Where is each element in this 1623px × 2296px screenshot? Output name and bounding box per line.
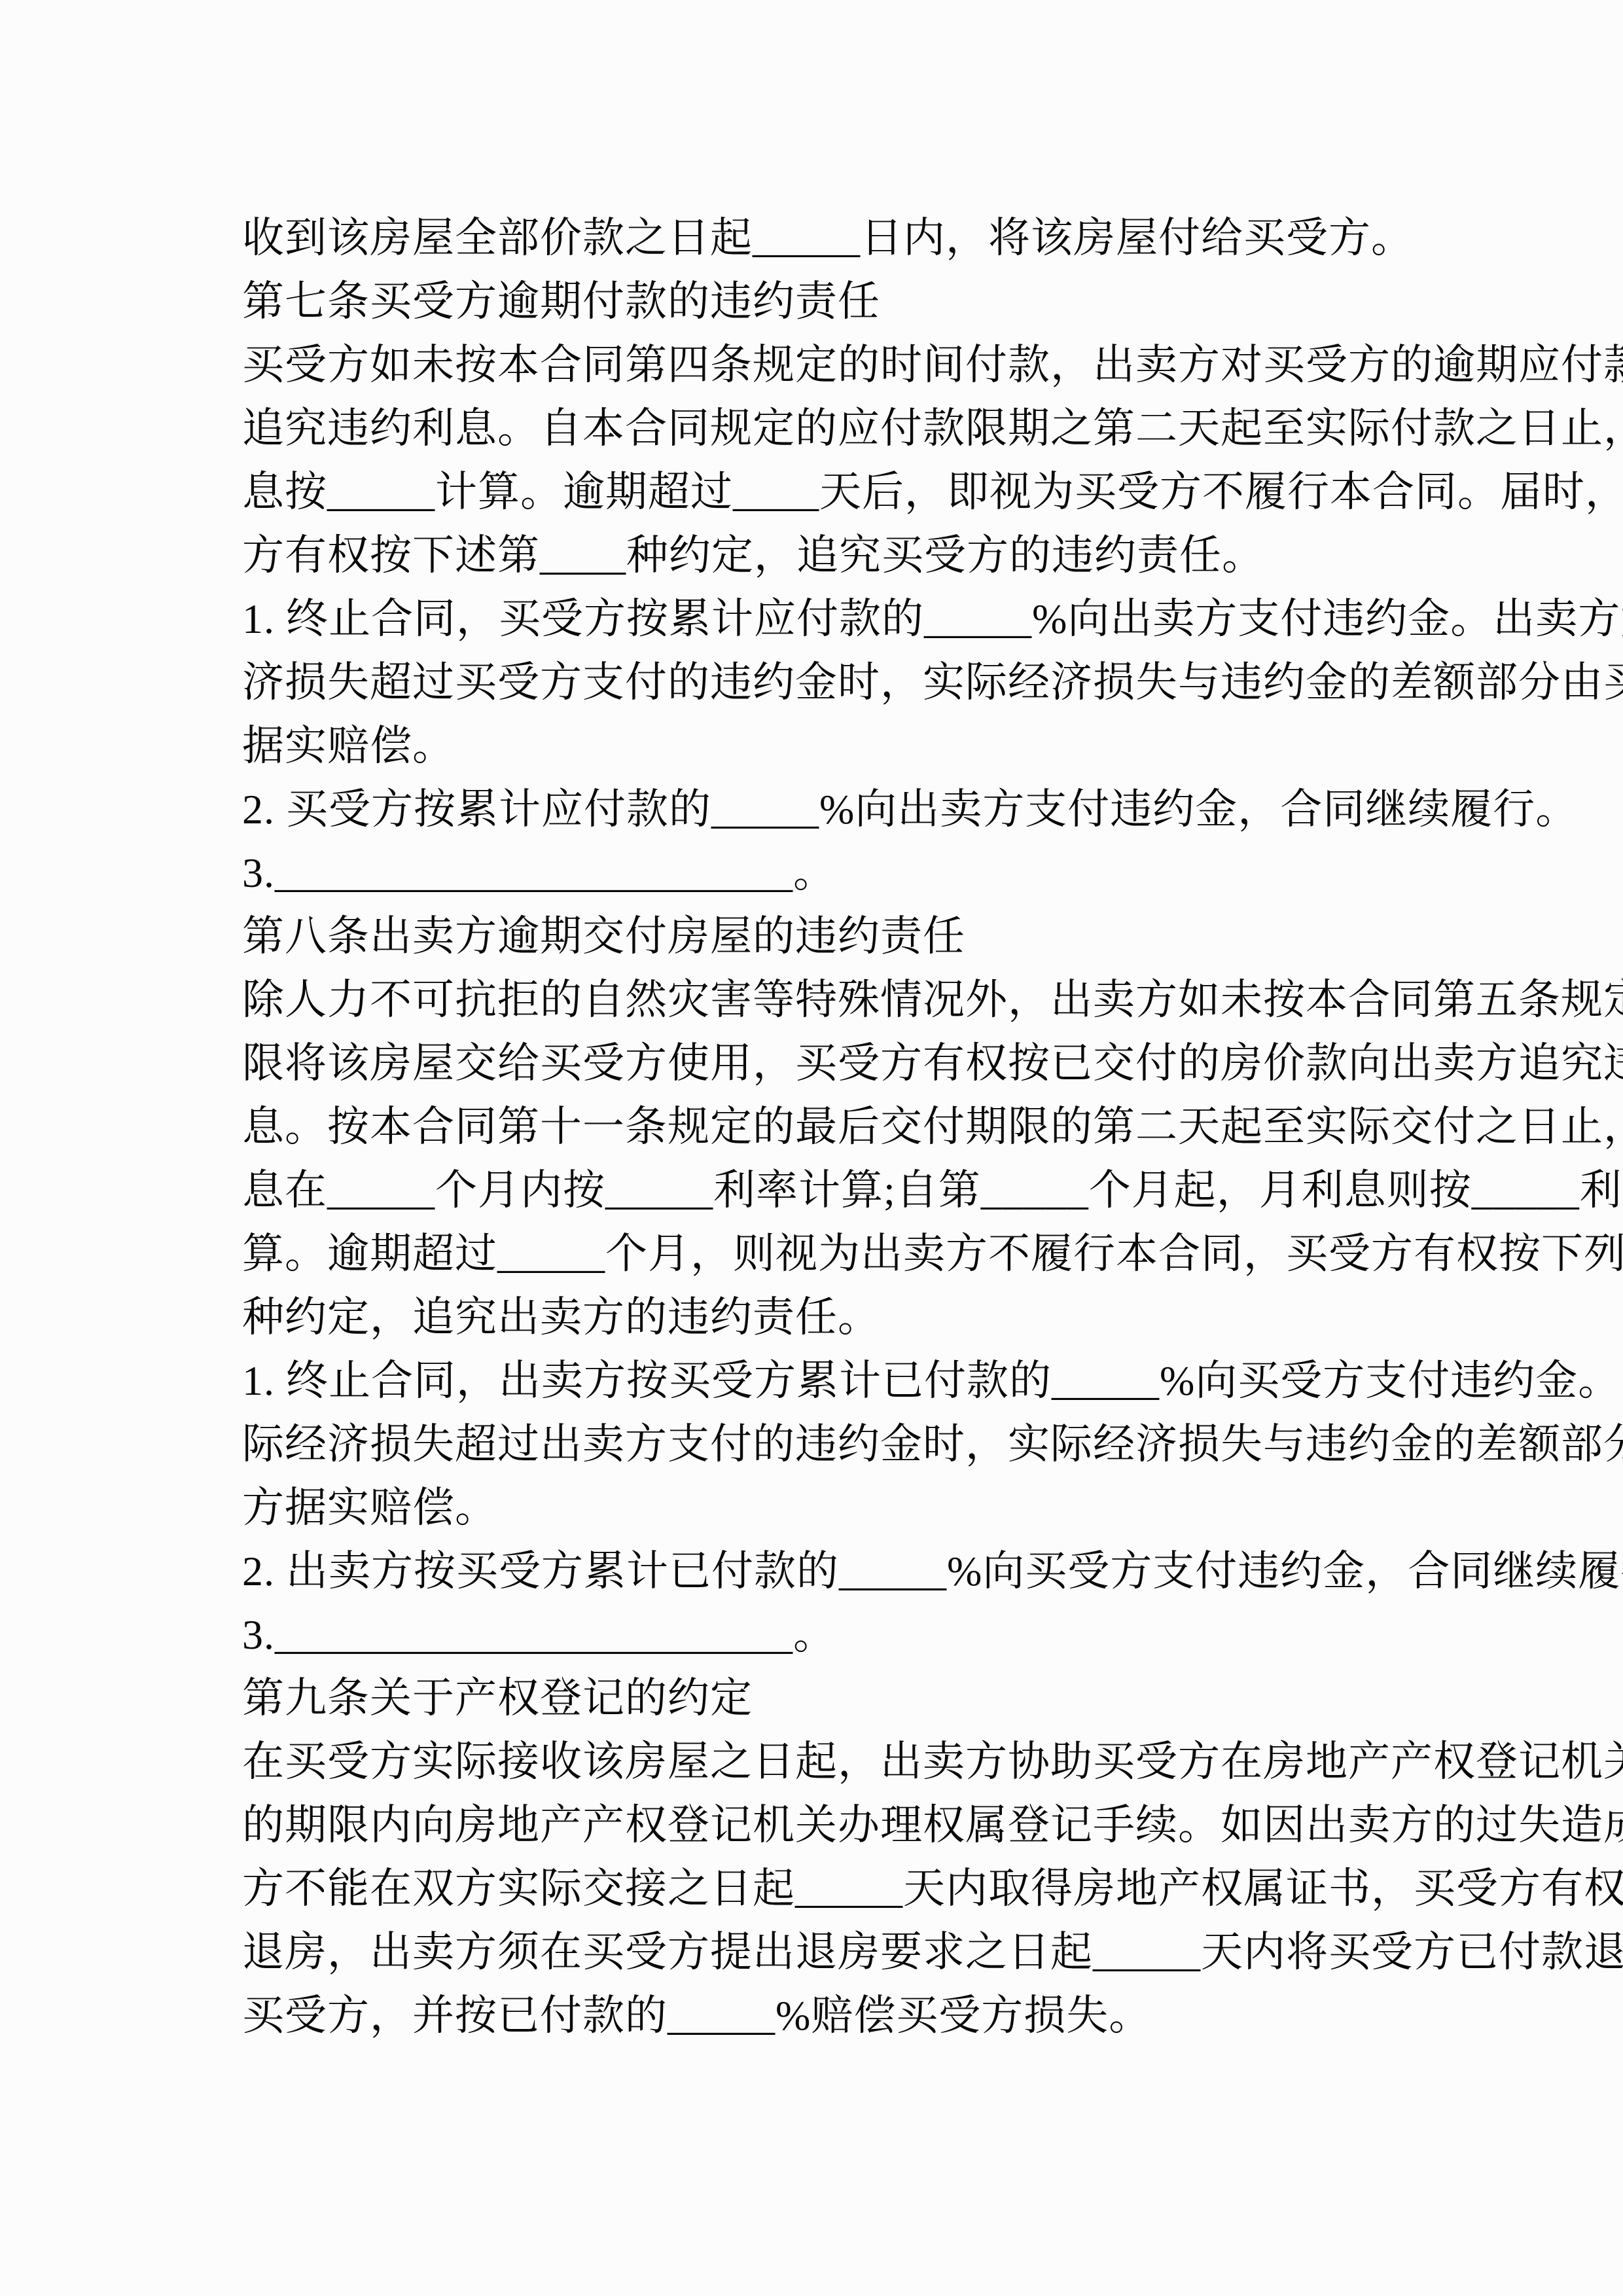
paragraph-line: 方据实赔偿。 [242,1476,1394,1539]
paragraph-line: 除人力不可抗拒的自然灾害等特殊情况外，出卖方如未按本合同第五条规定的期 [242,968,1394,1031]
paragraph-line: 济损失超过买受方支付的违约金时，实际经济损失与违约金的差额部分由买受方 [242,651,1394,714]
numbered-item-line: 1. 终止合同，出卖方按买受方累计已付款的_____%向买受方支付违约金。乙方实 [242,1349,1394,1412]
paragraph-line: 际经济损失超过出卖方支付的违约金时，实际经济损失与违约金的差额部分由甲 [242,1412,1394,1476]
numbered-item-line: 1. 终止合同，买受方按累计应付款的_____%向出卖方支付违约金。出卖方实际经 [242,587,1394,651]
paragraph-line: 买受方如未按本合同第四条规定的时间付款，出卖方对买受方的逾期应付款有权 [242,333,1394,397]
paragraph-line: 限将该房屋交给买受方使用，买受方有权按已交付的房价款向出卖方追究违约利 [242,1031,1394,1095]
document-page: 收到该房屋全部价款之日起_____日内，将该房屋付给买受方。第七条买受方逾期付款… [0,0,1623,2296]
paragraph-line: 算。逾期超过_____个月，则视为出卖方不履行本合同，买受方有权按下列第____… [242,1222,1394,1285]
numbered-item-line: 3.________________________。 [242,1603,1394,1666]
section-heading-line: 第八条出卖方逾期交付房屋的违约责任 [242,905,1394,968]
document-content: 收到该房屋全部价款之日起_____日内，将该房屋付给买受方。第七条买受方逾期付款… [242,206,1394,2047]
paragraph-line: 在买受方实际接收该房屋之日起，出卖方协助买受方在房地产产权登记机关规定 [242,1730,1394,1793]
numbered-item-line: 3.________________________。 [242,841,1394,905]
paragraph-line: 息在_____个月内按_____利率计算;自第_____个月起，月利息则按___… [242,1158,1394,1222]
paragraph-line: 收到该房屋全部价款之日起_____日内，将该房屋付给买受方。 [242,206,1394,270]
paragraph-line: 的期限内向房地产产权登记机关办理权属登记手续。如因出卖方的过失造成买受 [242,1793,1394,1857]
paragraph-line: 方不能在双方实际交接之日起_____天内取得房地产权属证书，买受方有权提出 [242,1857,1394,1920]
paragraph-line: 追究违约利息。自本合同规定的应付款限期之第二天起至实际付款之日止，月利 [242,397,1394,460]
paragraph-line: 退房，出卖方须在买受方提出退房要求之日起_____天内将买受方已付款退还给 [242,1920,1394,1984]
paragraph-line: 息。按本合同第十一条规定的最后交付期限的第二天起至实际交付之日止，月利 [242,1095,1394,1158]
section-heading-line: 第九条关于产权登记的约定 [242,1666,1394,1730]
numbered-item-line: 2. 买受方按累计应付款的_____%向出卖方支付违约金，合同继续履行。 [242,778,1394,841]
paragraph-line: 种约定，追究出卖方的违约责任。 [242,1285,1394,1349]
numbered-item-line: 2. 出卖方按买受方累计已付款的_____%向买受方支付违约金，合同继续履行。 [242,1539,1394,1603]
paragraph-line: 方有权按下述第____种约定，追究买受方的违约责任。 [242,524,1394,587]
paragraph-line: 息按_____计算。逾期超过____天后，即视为买受方不履行本合同。届时，出卖 [242,460,1394,524]
section-heading-line: 第七条买受方逾期付款的违约责任 [242,270,1394,333]
paragraph-line: 据实赔偿。 [242,714,1394,778]
paragraph-line: 买受方，并按已付款的_____%赔偿买受方损失。 [242,1984,1394,2047]
